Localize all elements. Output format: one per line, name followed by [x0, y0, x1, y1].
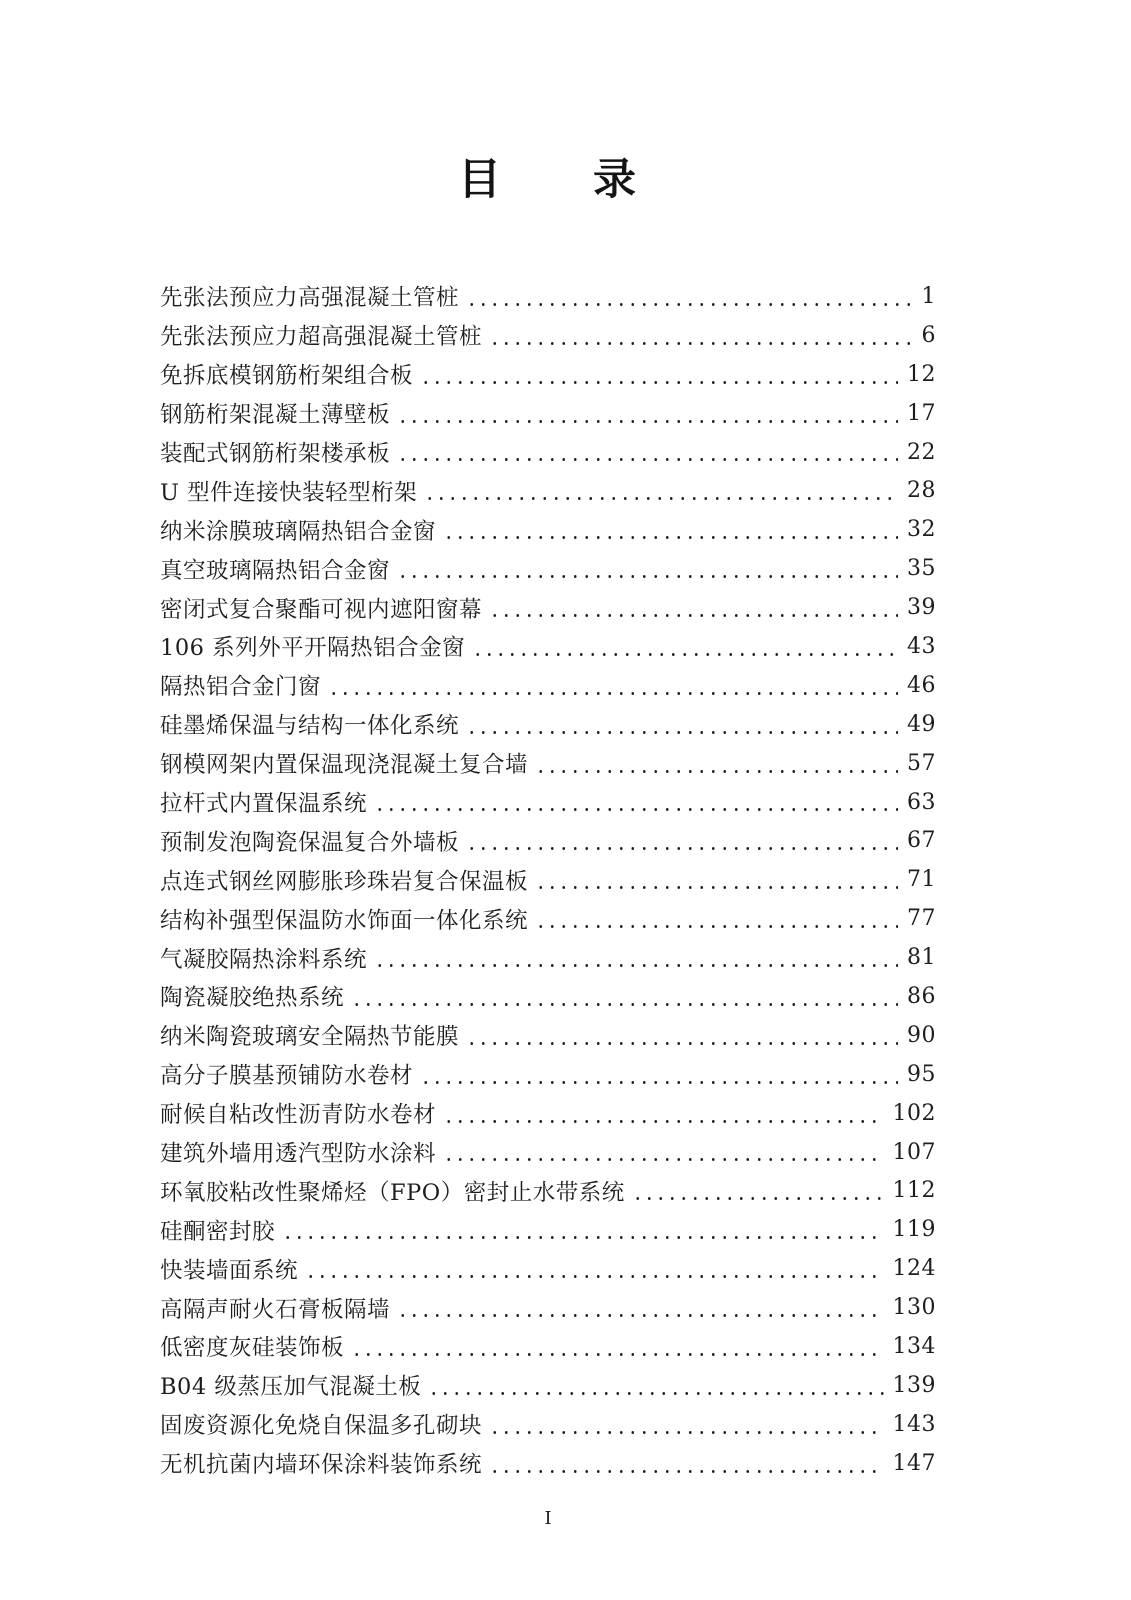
dot-leader — [466, 1016, 898, 1055]
toc-entry: 点连式钢丝网膨胀珍珠岩复合保温板 71 — [160, 860, 936, 899]
toc-entry-title: 106 系列外平开隔热铝合金窗 — [160, 630, 472, 662]
toc-entry: 气凝胶隔热涂料系统 81 — [160, 938, 936, 977]
dot-leader — [428, 1366, 883, 1405]
toc-entry: 装配式钢筋桁架楼承板 22 — [160, 433, 936, 472]
toc-entry: 无机抗菌内墙环保涂料装饰系统 147 — [160, 1444, 936, 1483]
toc-entry-title: 耐候自粘改性沥青防水卷材 — [160, 1097, 443, 1129]
dot-leader — [466, 277, 912, 316]
dot-leader — [489, 1444, 883, 1483]
toc-entry-page: 102 — [893, 1101, 937, 1126]
footer-page-number: I — [160, 1508, 936, 1529]
toc-entry: 高分子膜基预铺防水卷材 95 — [160, 1055, 936, 1094]
toc-entry: 建筑外墙用透汽型防水涂料 107 — [160, 1133, 936, 1172]
toc-entry-title: 固废资源化免烧自保温多孔砌块 — [160, 1408, 489, 1440]
toc-entry-title: B04 级蒸压加气混凝土板 — [160, 1369, 428, 1401]
dot-leader — [282, 1210, 883, 1249]
toc-entry-title: U 型件连接快装轻型桁架 — [160, 475, 424, 507]
toc-entry-page: 139 — [893, 1373, 937, 1398]
toc-entry: 106 系列外平开隔热铝合金窗 43 — [160, 627, 936, 666]
dot-leader — [351, 1327, 883, 1366]
toc-entry-page: 1 — [922, 284, 937, 309]
toc-entry-title: 装配式钢筋桁架楼承板 — [160, 436, 397, 468]
toc-entry-page: 81 — [907, 945, 936, 970]
toc-entry-title: 气凝胶隔热涂料系统 — [160, 942, 374, 974]
toc-entry-title: 环氧胶粘改性聚烯烃（FPO）密封止水带系统 — [160, 1175, 632, 1207]
toc-entry-page: 112 — [893, 1178, 937, 1203]
toc-entry-title: 结构补强型保温防水饰面一体化系统 — [160, 903, 535, 935]
toc-entry: 耐候自粘改性沥青防水卷材 102 — [160, 1094, 936, 1133]
dot-leader — [305, 1249, 883, 1288]
toc-entry-page: 90 — [907, 1023, 936, 1048]
toc-entry-page: 119 — [893, 1217, 937, 1242]
dot-leader — [632, 1171, 884, 1210]
toc-entry-page: 63 — [907, 790, 936, 815]
toc-entry: 陶瓷凝胶绝热系统 86 — [160, 977, 936, 1016]
toc-entry-page: 32 — [907, 517, 936, 542]
toc-entry-page: 67 — [907, 828, 936, 853]
toc-entry: 免拆底模钢筋桁架组合板 12 — [160, 355, 936, 394]
table-of-contents: 先张法预应力高强混凝土管桩 1 先张法预应力超高强混凝土管桩 6 免拆底模钢筋桁… — [160, 277, 936, 1483]
toc-entry: 钢模网架内置保温现浇混凝土复合墙 57 — [160, 744, 936, 783]
toc-entry-page: 130 — [893, 1295, 937, 1320]
toc-entry: 高隔声耐火石膏板隔墙 130 — [160, 1288, 936, 1327]
dot-leader — [489, 1405, 883, 1444]
toc-entry-page: 95 — [907, 1062, 936, 1087]
toc-entry-page: 124 — [893, 1256, 937, 1281]
dot-leader — [466, 821, 898, 860]
dot-leader — [443, 510, 898, 549]
toc-entry: B04 级蒸压加气混凝土板 139 — [160, 1366, 936, 1405]
toc-entry: 拉杆式内置保温系统 63 — [160, 783, 936, 822]
toc-entry-title: 硅酮密封胶 — [160, 1214, 282, 1246]
dot-leader — [443, 1094, 883, 1133]
toc-entry-title: 纳米陶瓷玻璃安全隔热节能膜 — [160, 1019, 466, 1051]
toc-entry-page: 107 — [893, 1140, 937, 1165]
toc-entry-page: 12 — [907, 362, 936, 387]
toc-entry-page: 46 — [907, 673, 936, 698]
toc-entry-title: 无机抗菌内墙环保涂料装饰系统 — [160, 1447, 489, 1479]
dot-leader — [397, 394, 898, 433]
page-title: 目 录 — [160, 150, 936, 210]
toc-entry: 纳米陶瓷玻璃安全隔热节能膜 90 — [160, 1016, 936, 1055]
toc-entry-page: 22 — [907, 440, 936, 465]
dot-leader — [374, 783, 898, 822]
dot-leader — [420, 1055, 898, 1094]
toc-entry-title: 先张法预应力高强混凝土管桩 — [160, 280, 466, 312]
toc-entry-page: 35 — [907, 556, 936, 581]
toc-entry-page: 77 — [907, 906, 936, 931]
dot-leader — [328, 666, 898, 705]
dot-leader — [443, 1133, 883, 1172]
document-page: 目 录 先张法预应力高强混凝土管桩 1 先张法预应力超高强混凝土管桩 6 免拆底… — [0, 0, 1131, 1600]
toc-entry-title: 免拆底模钢筋桁架组合板 — [160, 358, 420, 390]
toc-entry: 真空玻璃隔热铝合金窗 35 — [160, 549, 936, 588]
toc-entry-title: 建筑外墙用透汽型防水涂料 — [160, 1136, 443, 1168]
toc-entry-title: 高分子膜基预铺防水卷材 — [160, 1058, 420, 1090]
toc-entry-page: 43 — [907, 634, 936, 659]
toc-entry-page: 57 — [907, 751, 936, 776]
dot-leader — [420, 355, 898, 394]
dot-leader — [351, 977, 898, 1016]
toc-entry-title: 纳米涂膜玻璃隔热铝合金窗 — [160, 514, 443, 546]
dot-leader — [535, 899, 898, 938]
toc-entry-page: 6 — [922, 323, 937, 348]
toc-entry-title: 陶瓷凝胶绝热系统 — [160, 980, 351, 1012]
toc-entry: 快装墙面系统 124 — [160, 1249, 936, 1288]
toc-entry: 先张法预应力超高强混凝土管桩 6 — [160, 316, 936, 355]
toc-entry: 密闭式复合聚酯可视内遮阳窗幕 39 — [160, 588, 936, 627]
toc-entry: 环氧胶粘改性聚烯烃（FPO）密封止水带系统 112 — [160, 1171, 936, 1210]
toc-entry-page: 134 — [893, 1334, 937, 1359]
toc-entry: 预制发泡陶瓷保温复合外墙板 67 — [160, 821, 936, 860]
toc-entry-title: 预制发泡陶瓷保温复合外墙板 — [160, 825, 466, 857]
toc-entry: 钢筋桁架混凝土薄壁板 17 — [160, 394, 936, 433]
toc-entry-title: 快装墙面系统 — [160, 1253, 305, 1285]
dot-leader — [397, 1288, 883, 1327]
toc-entry-title: 隔热铝合金门窗 — [160, 669, 328, 701]
toc-entry: 硅酮密封胶 119 — [160, 1210, 936, 1249]
toc-entry-title: 拉杆式内置保温系统 — [160, 786, 374, 818]
toc-entry-title: 高隔声耐火石膏板隔墙 — [160, 1292, 397, 1324]
toc-entry-page: 86 — [907, 984, 936, 1009]
toc-entry: 隔热铝合金门窗 46 — [160, 666, 936, 705]
toc-entry-title: 钢筋桁架混凝土薄壁板 — [160, 397, 397, 429]
toc-entry-page: 147 — [893, 1451, 937, 1476]
dot-leader — [424, 471, 898, 510]
toc-entry: 先张法预应力高强混凝土管桩 1 — [160, 277, 936, 316]
toc-entry-page: 17 — [907, 401, 936, 426]
dot-leader — [489, 316, 912, 355]
dot-leader — [397, 433, 898, 472]
toc-entry-page: 143 — [893, 1412, 937, 1437]
toc-entry-page: 71 — [907, 867, 936, 892]
toc-entry: U 型件连接快装轻型桁架 28 — [160, 471, 936, 510]
toc-entry-title: 密闭式复合聚酯可视内遮阳窗幕 — [160, 592, 489, 624]
dot-leader — [374, 938, 898, 977]
toc-entry-page: 28 — [907, 478, 936, 503]
dot-leader — [472, 627, 898, 666]
toc-entry-title: 先张法预应力超高强混凝土管桩 — [160, 319, 489, 351]
toc-entry-title: 点连式钢丝网膨胀珍珠岩复合保温板 — [160, 864, 535, 896]
dot-leader — [466, 705, 898, 744]
toc-entry: 硅墨烯保温与结构一体化系统 49 — [160, 705, 936, 744]
dot-leader — [397, 549, 898, 588]
toc-entry: 结构补强型保温防水饰面一体化系统 77 — [160, 899, 936, 938]
toc-entry-title: 钢模网架内置保温现浇混凝土复合墙 — [160, 747, 535, 779]
toc-entry: 纳米涂膜玻璃隔热铝合金窗 32 — [160, 510, 936, 549]
toc-entry-title: 真空玻璃隔热铝合金窗 — [160, 553, 397, 585]
toc-entry: 低密度灰硅装饰板 134 — [160, 1327, 936, 1366]
toc-entry-page: 39 — [907, 595, 936, 620]
dot-leader — [535, 744, 898, 783]
toc-entry: 固废资源化免烧自保温多孔砌块 143 — [160, 1405, 936, 1444]
toc-entry-page: 49 — [907, 712, 936, 737]
dot-leader — [535, 860, 898, 899]
toc-entry-title: 硅墨烯保温与结构一体化系统 — [160, 708, 466, 740]
dot-leader — [489, 588, 898, 627]
toc-entry-title: 低密度灰硅装饰板 — [160, 1330, 351, 1362]
